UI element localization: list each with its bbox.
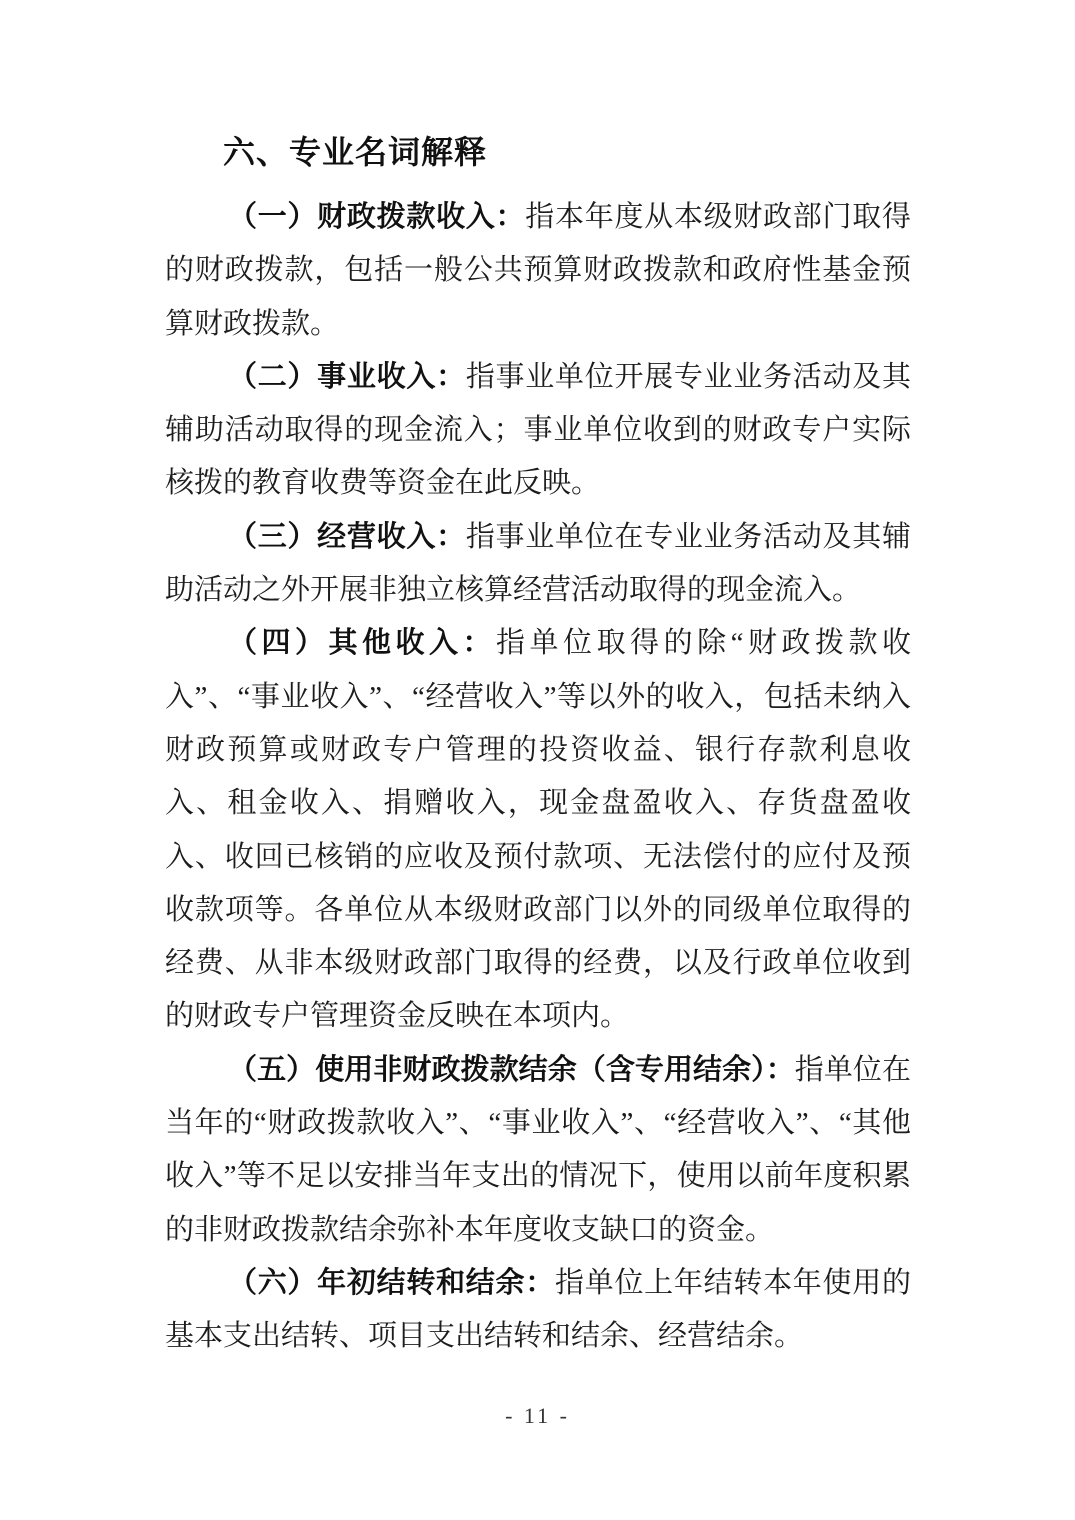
paragraph-beginning-year-carryover: （六）年初结转和结余：指单位上年结转本年使用的基本支出结转、项目支出结转和结余、… [165,1257,911,1364]
term-label: （五）使用非财政拨款结余（含专用结余）： [228,1054,795,1086]
section-heading: 六、专业名词解释 [165,126,911,179]
paragraph-fiscal-appropriation-income: （一）财政拨款收入：指本年度从本级财政部门取得的财政拨款，包括一般公共预算财政拨… [165,191,911,351]
paragraph-business-income: （三）经营收入：指事业单位在专业业务活动及其辅助活动之外开展非独立核算经营活动取… [165,511,911,618]
term-label: （六）年初结转和结余： [228,1267,555,1299]
term-label: （二）事业收入： [228,361,466,393]
paragraph-other-income: （四）其他收入：指单位取得的除“财政拨款收入”、“事业收入”、“经营收入”等以外… [165,617,911,1043]
paragraph-non-fiscal-surplus-use: （五）使用非财政拨款结余（含专用结余）：指单位在当年的“财政拨款收入”、“事业收… [165,1044,911,1257]
term-label: （一）财政拨款收入： [228,201,525,233]
page-number: - 11 - [0,1403,1075,1429]
document-page: 六、专业名词解释 （一）财政拨款收入：指本年度从本级财政部门取得的财政拨款，包括… [0,0,1075,1520]
term-label: （三）经营收入： [228,521,466,553]
paragraph-operational-income: （二）事业收入：指事业单位开展专业业务活动及其辅助活动取得的现金流入；事业单位收… [165,351,911,511]
definition-text: 指单位取得的除“财政拨款收入”、“事业收入”、“经营收入”等以外的收入，包括未纳… [165,627,911,1032]
page-content: 六、专业名词解释 （一）财政拨款收入：指本年度从本级财政部门取得的财政拨款，包括… [165,126,911,1364]
term-label: （四）其他收入： [228,627,496,659]
